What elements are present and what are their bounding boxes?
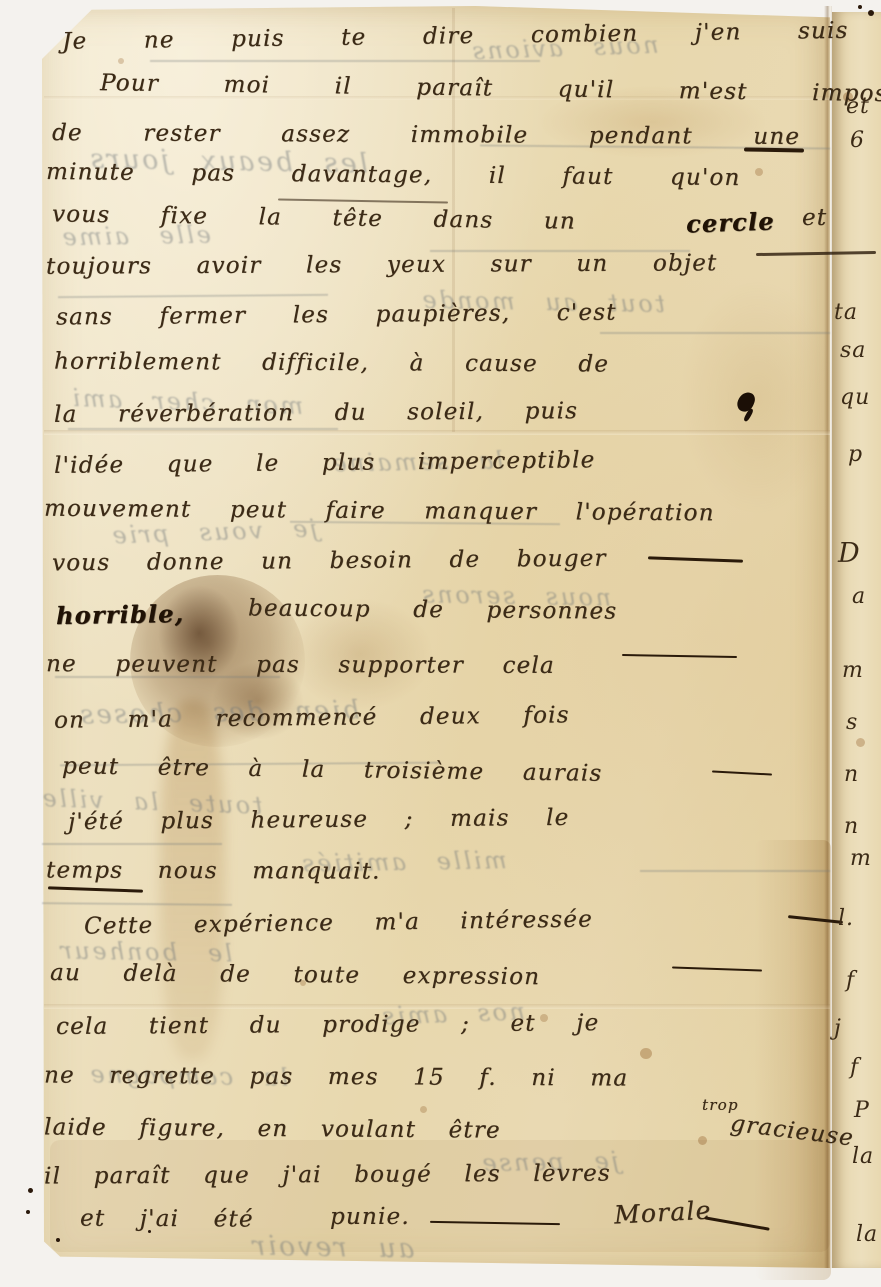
edge-fragment: P — [854, 1098, 870, 1123]
edge-fragment: la — [852, 1144, 874, 1169]
edge-fragment: ta — [834, 300, 858, 325]
foxing-spot — [698, 1136, 707, 1145]
letter-line: ne peuvent pas supporter cela — [46, 651, 555, 679]
letter-line: de rester assez immobile pendant une — [52, 120, 800, 150]
letter-line: beaucoup de personnes — [248, 595, 618, 624]
letter-line: il paraît que j'ai bougé les lèvres — [44, 1161, 611, 1190]
foxing-spot — [755, 168, 763, 176]
ghost-underline — [68, 428, 338, 430]
ghost-showthrough-line: au revoir — [250, 1231, 415, 1265]
letter-line: horriblement difficile, à cause de — [54, 349, 609, 378]
edge-fragment: m — [842, 658, 864, 683]
letter-line: ne regrette pas mes 15 f. ni ma — [44, 1062, 628, 1091]
letter-line: toujours avoir les yeux sur un objet — [46, 250, 718, 280]
edge-fragment: f — [846, 968, 855, 993]
letter-line: mouvement peut faire manquer l'opération — [44, 496, 715, 527]
ghost-underline — [640, 870, 830, 872]
letter-line: au delà de toute expression — [50, 960, 540, 990]
edge-fragment: n — [844, 814, 859, 839]
edge-fragment: l. — [838, 906, 854, 931]
edge-fragment: n — [844, 762, 859, 787]
edge-fragment: j — [834, 1016, 842, 1041]
edge-fragment: f — [850, 1055, 859, 1080]
foxing-spot — [856, 738, 865, 747]
letter-line: et j'ai été — [80, 1206, 254, 1233]
edge-fragment: s — [846, 710, 858, 735]
ghost-underline — [42, 843, 222, 845]
edge-fragment: 6 — [850, 128, 865, 153]
letter-word-emphasized: cercle — [686, 206, 776, 238]
ghost-underline — [150, 60, 540, 62]
letter-line: on m'a recommencé deux fois — [54, 702, 570, 733]
letter-line: et — [802, 205, 827, 231]
ink-speck — [28, 1188, 33, 1193]
ink-speck — [858, 5, 862, 9]
foxing-spot — [420, 1106, 427, 1113]
ink-speck — [868, 10, 874, 16]
edge-fragment: p — [848, 442, 863, 467]
edge-fragment: m — [850, 846, 872, 871]
edge-fragment: qu — [840, 385, 870, 410]
letter-scan: nous avions les beaux jours elle aime to… — [0, 0, 881, 1287]
edge-fragment: a — [852, 584, 866, 609]
edge-fragment: et — [846, 94, 870, 119]
foxing-spot — [118, 58, 124, 64]
letter-line: laide figure, en voulant être — [44, 1114, 501, 1143]
ink-speck — [26, 1210, 30, 1214]
edge-fragment: sa — [840, 338, 866, 363]
ghost-underline — [600, 332, 830, 334]
letter-line: sans fermer les paupières, c'est — [56, 300, 617, 331]
letter-line: cela tient du prodige ; et je — [56, 1010, 600, 1040]
letter-word-emphasized: horrible, — [56, 599, 185, 630]
fold-crease-vertical — [824, 6, 832, 1268]
letter-line: j'été plus heureuse ; mais le — [68, 805, 570, 835]
letter-line: la réverbération du soleil, puis — [54, 398, 578, 428]
foxing-spot — [640, 1048, 652, 1059]
letter-line: temps nous manquait. — [46, 857, 381, 884]
letter-line: Morale — [613, 1195, 712, 1229]
edge-fragment: D — [838, 538, 861, 569]
edge-fragment: la — [856, 1222, 878, 1247]
letter-line: vous donne un besoin de bouger — [52, 546, 607, 577]
letter-line: punie. — [330, 1204, 410, 1230]
ink-speck — [56, 1238, 60, 1242]
ink-speck — [148, 1230, 151, 1233]
